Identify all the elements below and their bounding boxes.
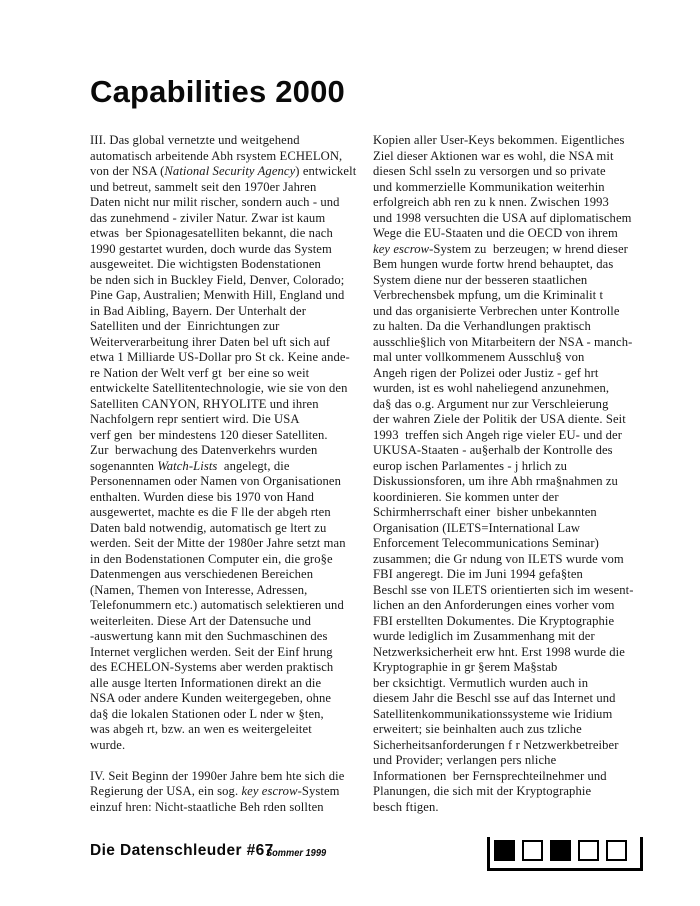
- mail-label-box: [487, 837, 643, 871]
- mail-label-square-outline: [606, 840, 627, 861]
- article-column-left: III. Das global vernetzte und weitgehend…: [90, 133, 390, 831]
- mail-label-square-outline: [578, 840, 599, 861]
- issue-date: Sommer 1999: [266, 847, 326, 859]
- article-column-right: Kopien aller User-Keys bekommen. Eigentl…: [373, 133, 673, 831]
- page-title: Capabilities 2000: [90, 74, 345, 110]
- paragraph: IV. Seit Beginn der 1990er Jahre bem hte…: [90, 769, 390, 816]
- paragraph: Kopien aller User-Keys bekommen. Eigentl…: [373, 133, 673, 815]
- magazine-title: Die Datenschleuder #67: [90, 842, 274, 860]
- mail-label-square-filled: [494, 840, 515, 861]
- mail-label-square-filled: [550, 840, 571, 861]
- paragraph: III. Das global vernetzte und weitgehend…: [90, 133, 390, 753]
- scanned-magazine-page: Capabilities 2000 III. Das global vernet…: [0, 0, 700, 906]
- mail-label-square-outline: [522, 840, 543, 861]
